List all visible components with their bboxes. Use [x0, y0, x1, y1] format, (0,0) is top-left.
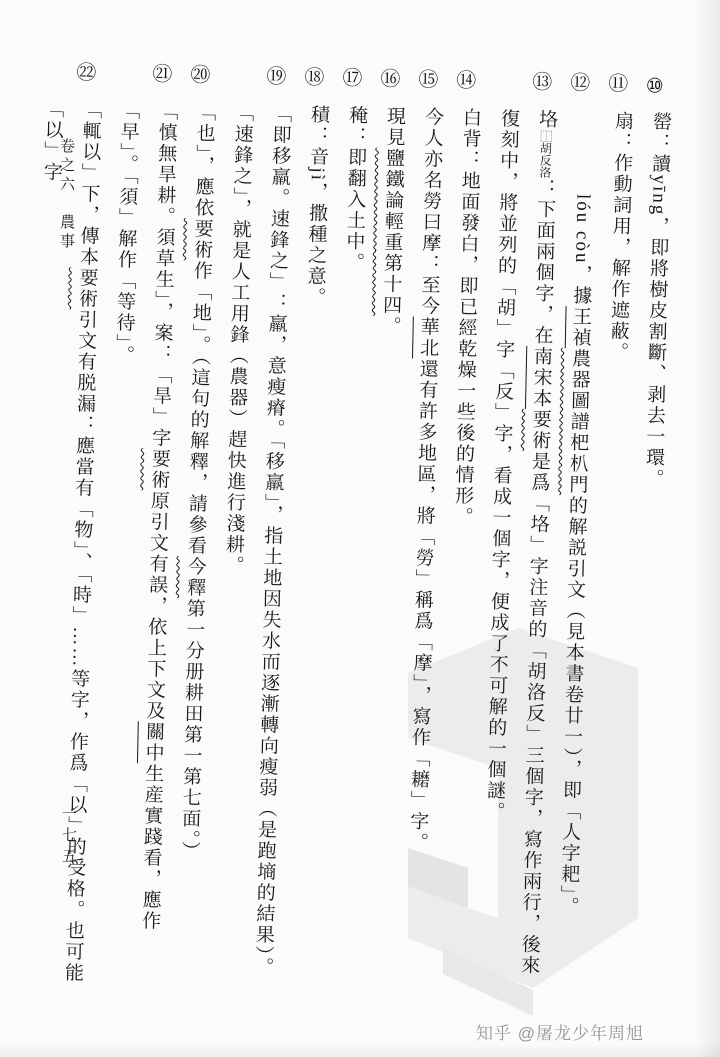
annotation-text-block: ⑩罃：讀yīng，即將樹皮割斷、剥去一環。 ⑪扇：作動詞用，解作遮蔽。 ⑫𨫒楱：… [15, 60, 680, 995]
note-body: 扇：作動詞用，解作遮蔽。 [607, 111, 633, 363]
note-number: ⑲ [255, 65, 293, 86]
note-body: 罃：讀yīng，即將樹皮割斷、剥去一環。 [642, 111, 671, 489]
note-number: ⑬ [521, 71, 559, 92]
note-body: 䅖：即翻入土中。 [343, 105, 368, 273]
note-body: 積：音jì，撒種之意。 [304, 104, 329, 308]
note-body: 「慎無旱耕。須草生」，案：「旱」字要術原引文有誤，依上下文及關中生産實踐看，應作… [113, 100, 178, 932]
note-body: 白背：地面發白，即已經乾燥一些後的情形。 [451, 107, 481, 527]
note-body: 現見鹽鐵論輕重第十四。 [379, 106, 405, 337]
watermark-credit: 知乎 @屠龙少年周旭 [476, 1019, 644, 1044]
volume-chapter-header: 卷之六 農事 [56, 138, 77, 252]
folio-page-number: 一七五 [58, 806, 79, 869]
note-number: ㉒ [65, 61, 103, 82]
note-body: 「也」，應依要術作「地」。（這句的解釋，請參看今釋第一分册耕田第一第七面。） [178, 102, 215, 862]
note-body: 「即移羸。速鋒之」：羸，意瘦瘠。「移羸」，指土地因失水而逐漸轉向瘦弱（是跑墒的結… [222, 103, 291, 979]
scan-edge-shadow-right [694, 0, 720, 1057]
note-body: 垎⿰胡反洛：下面兩個字，在南宋本要術是爲「垎」字注音的「胡洛反」三個字，寫作兩行… [483, 108, 557, 976]
note-number: ㉑ [141, 63, 179, 84]
scan-edge-shadow-bottom [0, 1043, 720, 1057]
note-body: 今人亦名勞曰摩：至今華北還有許多地區，將「勞」稱爲「摩」，寫作「耱」字。 [407, 107, 444, 854]
